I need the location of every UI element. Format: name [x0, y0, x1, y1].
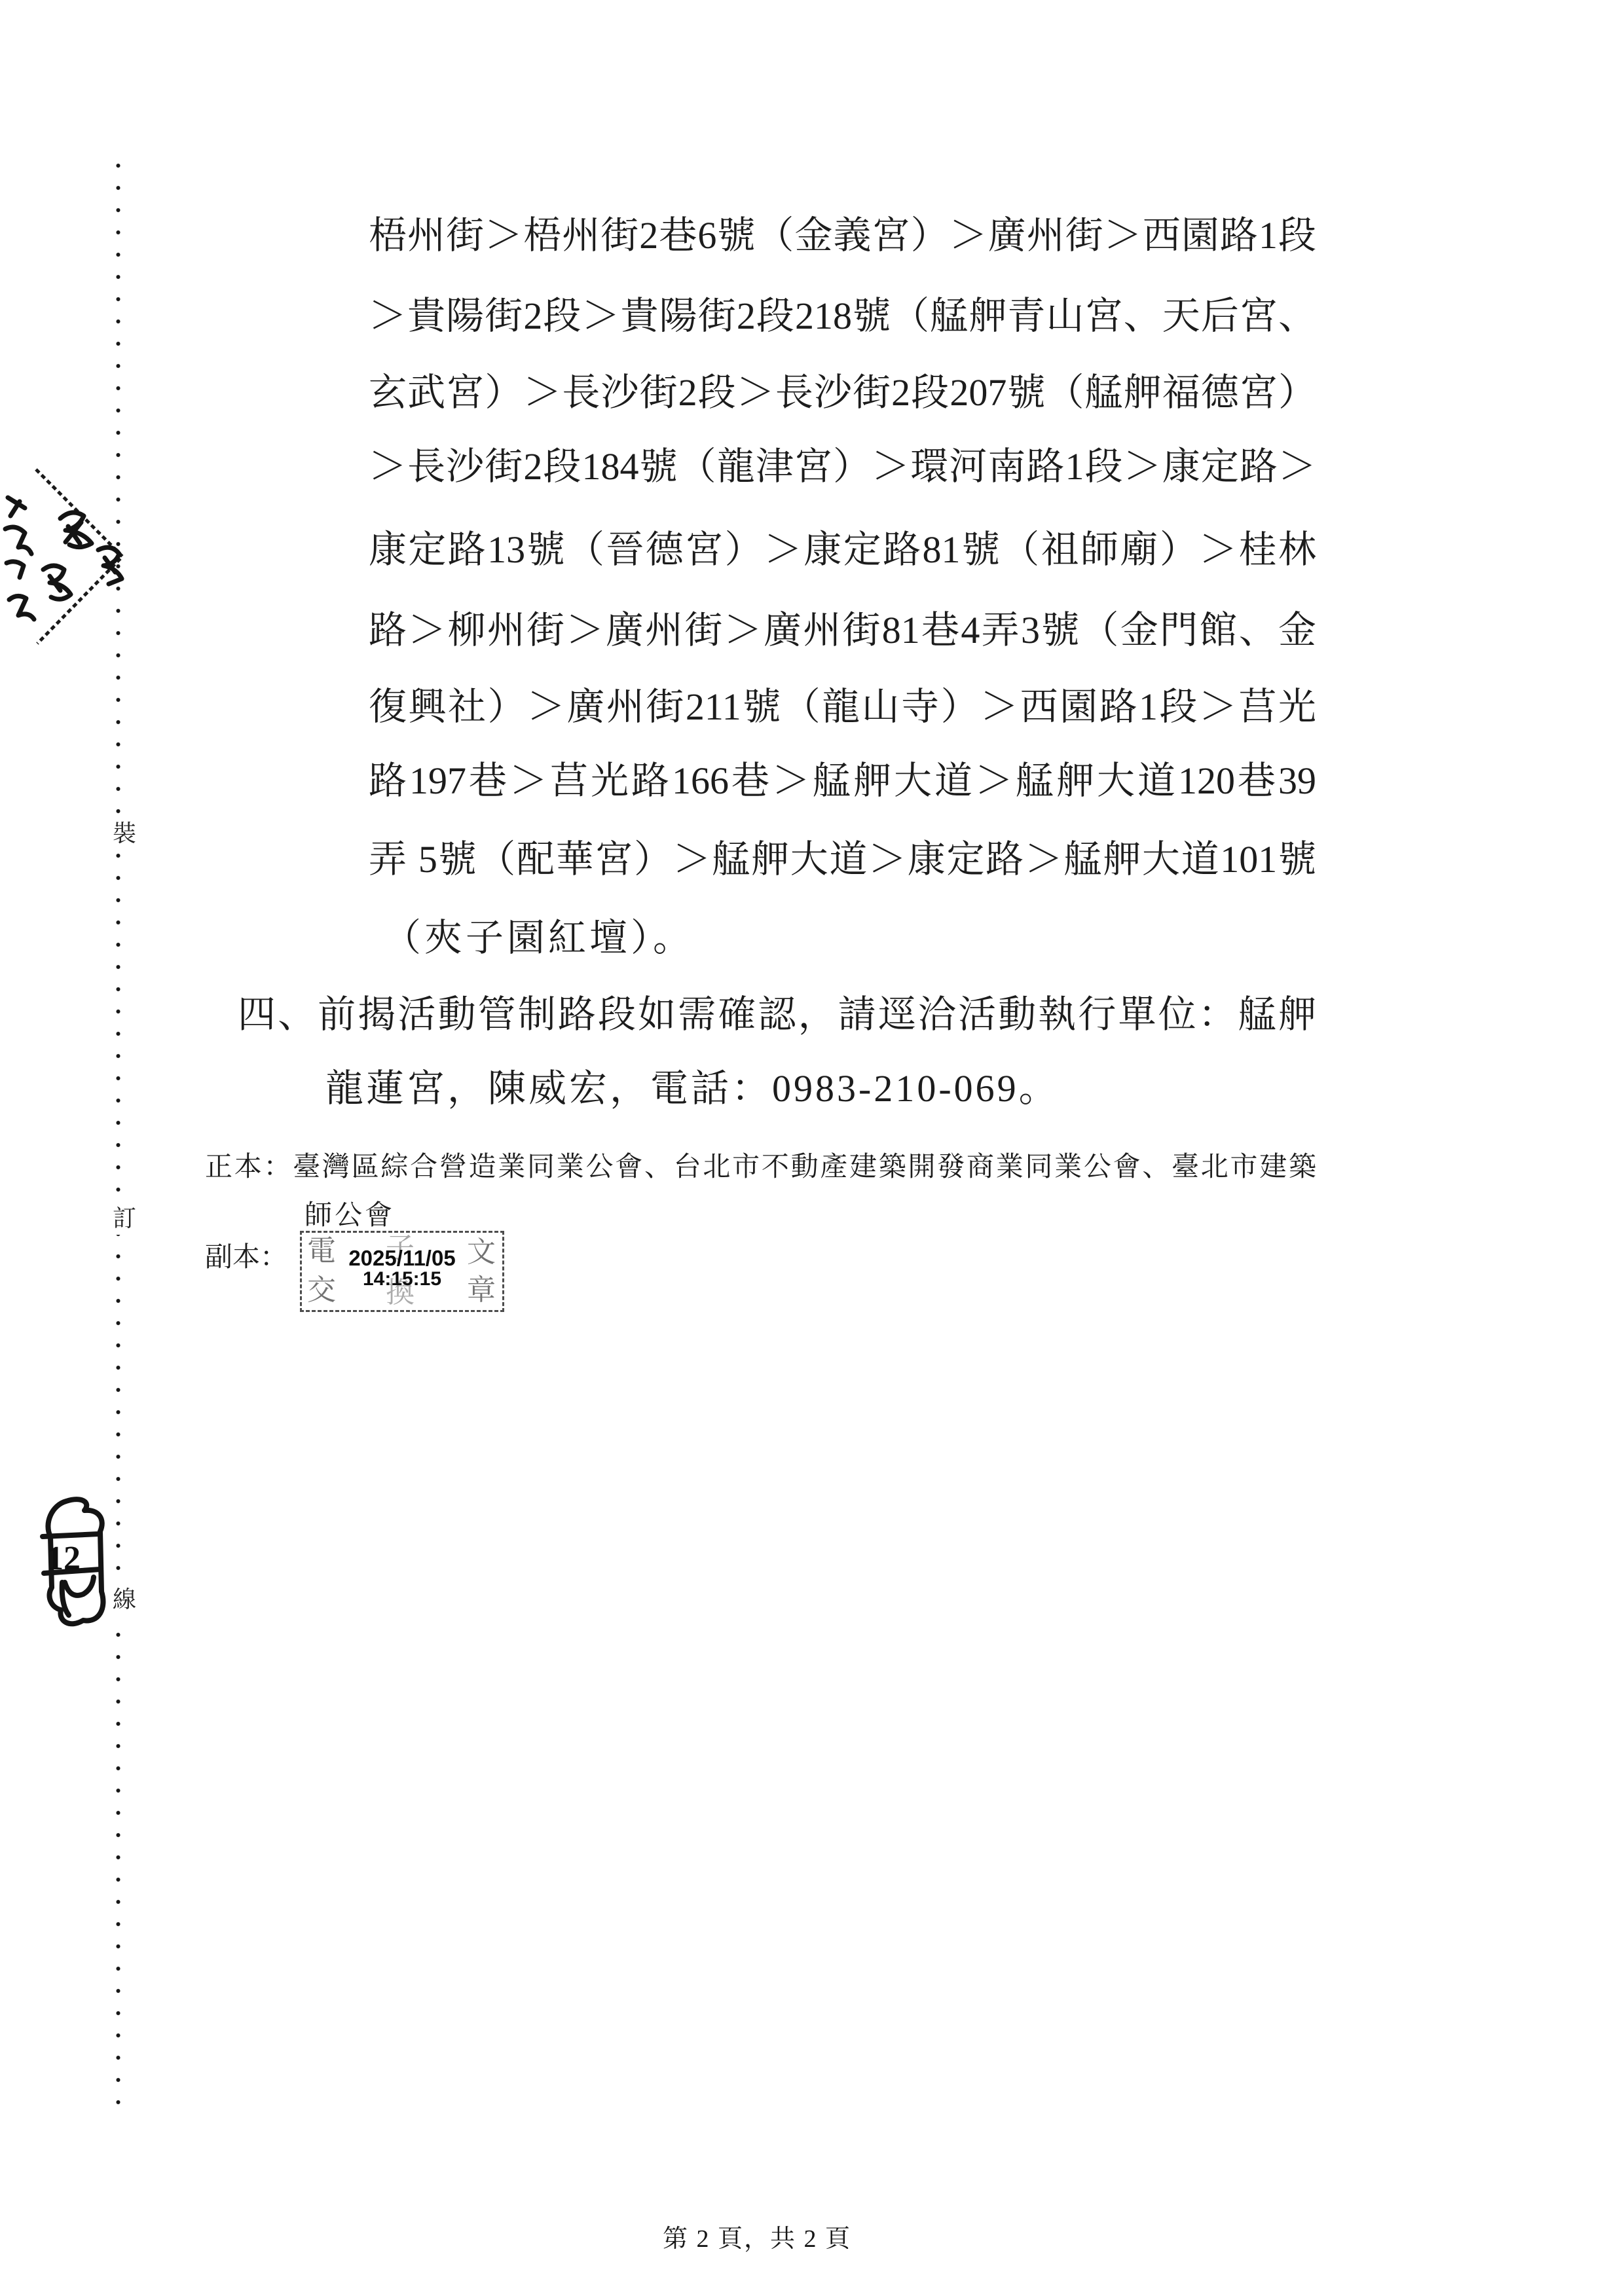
page-indicator: 第 2 頁，共 2 頁: [663, 2218, 851, 2254]
route-line: 康定路13號（晉德宮）＞康定路81號（祖師廟）＞桂林: [369, 527, 1316, 573]
item-four-line1: 四、前揭活動管制路段如需確認，請逕洽活動執行單位：艋舺: [238, 992, 1316, 1038]
stamp-time: 14:15:15: [302, 1269, 502, 1289]
binding-mark-xian: 線: [110, 1583, 139, 1616]
handwritten-mark: 12: [36, 1496, 111, 1633]
route-line: 梧州街＞梧州街2巷6號（金義宮）＞廣州街＞西園路1段: [369, 213, 1316, 259]
binding-mark-zhuang: 裝: [110, 817, 139, 850]
route-line: 復興社）＞廣州街211號（龍山寺）＞西園路1段＞莒光: [369, 684, 1316, 730]
original-recipients-line1: 正本：臺灣區綜合營造業同業公會、台北市不動產建築開發商業同業公會、臺北市建築: [205, 1151, 1316, 1184]
route-line: ＞貴陽街2段＞貴陽街2段218號（艋舺青山宮、天后宮、: [369, 293, 1316, 339]
route-line: 玄武宮）＞長沙街2段＞長沙街2段207號（艋舺福德宮）: [369, 370, 1316, 416]
route-line: ＞長沙街2段184號（龍津宮）＞環河南路1段＞康定路＞: [369, 444, 1316, 490]
stamp-date: 2025/11/05: [302, 1247, 502, 1269]
binding-mark-ding: 訂: [110, 1202, 139, 1235]
handwritten-number: 12: [46, 1540, 81, 1577]
binding-dotted-line: [115, 162, 121, 2110]
copy-recipients-label: 副本：: [205, 1241, 287, 1274]
route-line-last: （夾子園紅壇）。: [383, 915, 694, 961]
document-page: 裝 訂 線 梧州街＞梧州街2巷6號（金義宮）＞廣州街＞西園路1段 ＞貴陽街2段＞…: [0, 0, 1624, 2296]
route-line: 路＞柳州街＞廣州街＞廣州街81巷4弄3號（金門館、金: [369, 608, 1316, 653]
route-line: 路197巷＞莒光路166巷＞艋舺大道＞艋舺大道120巷39: [369, 758, 1316, 804]
corner-stamp: [0, 458, 138, 655]
original-recipients-line2: 師公會: [304, 1199, 395, 1232]
route-line: 弄 5號（配華宮）＞艋舺大道＞康定路＞艋舺大道101號: [369, 837, 1316, 883]
electronic-exchange-stamp: 電 子 文 交 換 章 2025/11/05 14:15:15: [300, 1231, 504, 1312]
item-four-line2: 龍蓮宮，陳威宏，電話：0983-210-069。: [325, 1066, 1060, 1112]
